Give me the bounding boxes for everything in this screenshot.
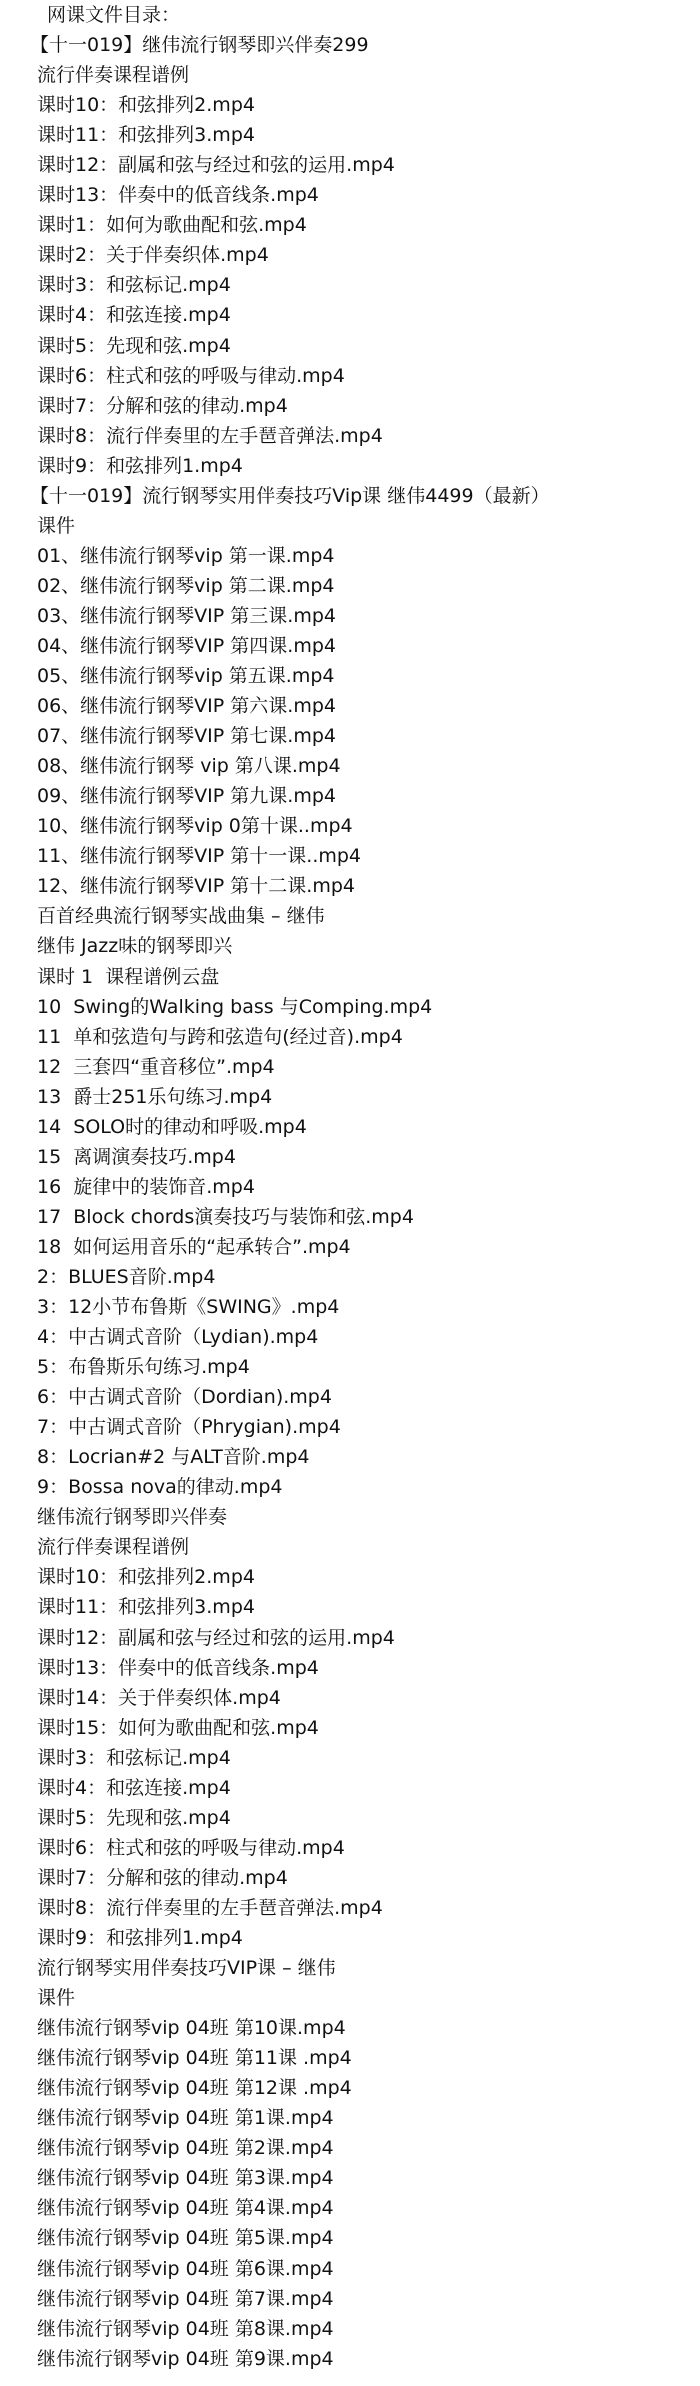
file-entry: 4：中古调式音阶（Lydian).mp4 xyxy=(0,1322,700,1352)
file-entry: 18 如何运用音乐的“起承转合”.mp4 xyxy=(0,1232,700,1262)
file-entry: 课时11：和弦排列3.mp4 xyxy=(0,120,700,150)
file-entry: 09、继伟流行钢琴VIP 第九课.mp4 xyxy=(0,781,700,811)
file-entry: 课时10：和弦排列2.mp4 xyxy=(0,90,700,120)
document-title: 网课文件目录： xyxy=(0,0,700,30)
file-entry: 12 三套四“重音移位”.mp4 xyxy=(0,1052,700,1082)
file-entry: 课时7：分解和弦的律动.mp4 xyxy=(0,391,700,421)
file-entry: 7：中古调式音阶（Phrygian).mp4 xyxy=(0,1412,700,1442)
file-entry: 14 SOLO时的律动和呼吸.mp4 xyxy=(0,1112,700,1142)
folder-entry: 继伟 Jazz味的钢琴即兴 xyxy=(0,931,700,961)
file-entry: 继伟流行钢琴vip 04班 第3课.mp4 xyxy=(0,2163,700,2193)
file-entry: 15 离调演奏技巧.mp4 xyxy=(0,1142,700,1172)
course-heading: 【十一019】流行钢琴实用伴奏技巧Vip课 继伟4499（最新） xyxy=(0,481,700,511)
directory-listing: 【十一019】继伟流行钢琴即兴伴奏299流行伴奏课程谱例课时10：和弦排列2.m… xyxy=(0,30,700,2374)
file-entry: 课时5：先现和弦.mp4 xyxy=(0,1803,700,1833)
file-entry: 课时12：副属和弦与经过和弦的运用.mp4 xyxy=(0,1623,700,1653)
folder-entry: 百首经典流行钢琴实战曲集 – 继伟 xyxy=(0,901,700,931)
file-entry: 10 Swing的Walking bass 与Comping.mp4 xyxy=(0,992,700,1022)
folder-entry: 流行伴奏课程谱例 xyxy=(0,1532,700,1562)
file-entry: 课时5：先现和弦.mp4 xyxy=(0,331,700,361)
file-entry: 11 单和弦造句与跨和弦造句(经过音).mp4 xyxy=(0,1022,700,1052)
file-entry: 课时13：伴奏中的低音线条.mp4 xyxy=(0,1653,700,1683)
folder-entry: 流行钢琴实用伴奏技巧VIP课 – 继伟 xyxy=(0,1953,700,1983)
folder-entry: 继伟流行钢琴即兴伴奏 xyxy=(0,1502,700,1532)
file-entry: 课时7：分解和弦的律动.mp4 xyxy=(0,1863,700,1893)
file-entry: 07、继伟流行钢琴VIP 第七课.mp4 xyxy=(0,721,700,751)
file-entry: 12、继伟流行钢琴VIP 第十二课.mp4 xyxy=(0,871,700,901)
file-entry: 继伟流行钢琴vip 04班 第7课.mp4 xyxy=(0,2284,700,2314)
folder-entry: 课时 1 课程谱例云盘 xyxy=(0,962,700,992)
file-entry: 继伟流行钢琴vip 04班 第2课.mp4 xyxy=(0,2133,700,2163)
file-entry: 继伟流行钢琴vip 04班 第11课 .mp4 xyxy=(0,2043,700,2073)
file-entry: 6：中古调式音阶（Dordian).mp4 xyxy=(0,1382,700,1412)
file-entry: 课时4：和弦连接.mp4 xyxy=(0,1773,700,1803)
file-entry: 05、继伟流行钢琴vip 第五课.mp4 xyxy=(0,661,700,691)
file-entry: 08、继伟流行钢琴 vip 第八课.mp4 xyxy=(0,751,700,781)
course-heading: 【十一019】继伟流行钢琴即兴伴奏299 xyxy=(0,30,700,60)
file-entry: 02、继伟流行钢琴vip 第二课.mp4 xyxy=(0,571,700,601)
file-entry: 课时15：如何为歌曲配和弦.mp4 xyxy=(0,1713,700,1743)
file-entry: 继伟流行钢琴vip 04班 第12课 .mp4 xyxy=(0,2073,700,2103)
file-entry: 课时14：关于伴奏织体.mp4 xyxy=(0,1683,700,1713)
file-entry: 8：Locrian#2 与ALT音阶.mp4 xyxy=(0,1442,700,1472)
file-entry: 9：Bossa nova的律动.mp4 xyxy=(0,1472,700,1502)
file-entry: 课时1：如何为歌曲配和弦.mp4 xyxy=(0,210,700,240)
file-entry: 课时3：和弦标记.mp4 xyxy=(0,1743,700,1773)
file-entry: 课时3：和弦标记.mp4 xyxy=(0,270,700,300)
file-entry: 课时8：流行伴奏里的左手琶音弹法.mp4 xyxy=(0,1893,700,1923)
file-entry: 课时4：和弦连接.mp4 xyxy=(0,300,700,330)
file-entry: 课时6：柱式和弦的呼吸与律动.mp4 xyxy=(0,1833,700,1863)
file-entry: 课时12：副属和弦与经过和弦的运用.mp4 xyxy=(0,150,700,180)
file-entry: 04、继伟流行钢琴VIP 第四课.mp4 xyxy=(0,631,700,661)
file-entry: 5：布鲁斯乐句练习.mp4 xyxy=(0,1352,700,1382)
file-entry: 11、继伟流行钢琴VIP 第十一课..mp4 xyxy=(0,841,700,871)
folder-entry: 流行伴奏课程谱例 xyxy=(0,60,700,90)
file-directory-document: 网课文件目录： 【十一019】继伟流行钢琴即兴伴奏299流行伴奏课程谱例课时10… xyxy=(0,0,700,2374)
file-entry: 03、继伟流行钢琴VIP 第三课.mp4 xyxy=(0,601,700,631)
file-entry: 课时9：和弦排列1.mp4 xyxy=(0,1923,700,1953)
folder-entry: 课件 xyxy=(0,1983,700,2013)
file-entry: 16 旋律中的装饰音.mp4 xyxy=(0,1172,700,1202)
file-entry: 3：12小节布鲁斯《SWING》.mp4 xyxy=(0,1292,700,1322)
file-entry: 课时2：关于伴奏织体.mp4 xyxy=(0,240,700,270)
file-entry: 课时11：和弦排列3.mp4 xyxy=(0,1592,700,1622)
folder-entry: 课件 xyxy=(0,511,700,541)
file-entry: 17 Block chords演奏技巧与装饰和弦.mp4 xyxy=(0,1202,700,1232)
file-entry: 课时8：流行伴奏里的左手琶音弹法.mp4 xyxy=(0,421,700,451)
file-entry: 继伟流行钢琴vip 04班 第6课.mp4 xyxy=(0,2254,700,2284)
file-entry: 13 爵士251乐句练习.mp4 xyxy=(0,1082,700,1112)
file-entry: 继伟流行钢琴vip 04班 第5课.mp4 xyxy=(0,2223,700,2253)
file-entry: 继伟流行钢琴vip 04班 第10课.mp4 xyxy=(0,2013,700,2043)
file-entry: 01、继伟流行钢琴vip 第一课.mp4 xyxy=(0,541,700,571)
file-entry: 10、继伟流行钢琴vip 0第十课..mp4 xyxy=(0,811,700,841)
file-entry: 课时6：柱式和弦的呼吸与律动.mp4 xyxy=(0,361,700,391)
file-entry: 继伟流行钢琴vip 04班 第1课.mp4 xyxy=(0,2103,700,2133)
file-entry: 2：BLUES音阶.mp4 xyxy=(0,1262,700,1292)
file-entry: 课时10：和弦排列2.mp4 xyxy=(0,1562,700,1592)
file-entry: 06、继伟流行钢琴VIP 第六课.mp4 xyxy=(0,691,700,721)
file-entry: 课时13：伴奏中的低音线条.mp4 xyxy=(0,180,700,210)
file-entry: 课时9：和弦排列1.mp4 xyxy=(0,451,700,481)
file-entry: 继伟流行钢琴vip 04班 第8课.mp4 xyxy=(0,2314,700,2344)
file-entry: 继伟流行钢琴vip 04班 第4课.mp4 xyxy=(0,2193,700,2223)
file-entry: 继伟流行钢琴vip 04班 第9课.mp4 xyxy=(0,2344,700,2374)
